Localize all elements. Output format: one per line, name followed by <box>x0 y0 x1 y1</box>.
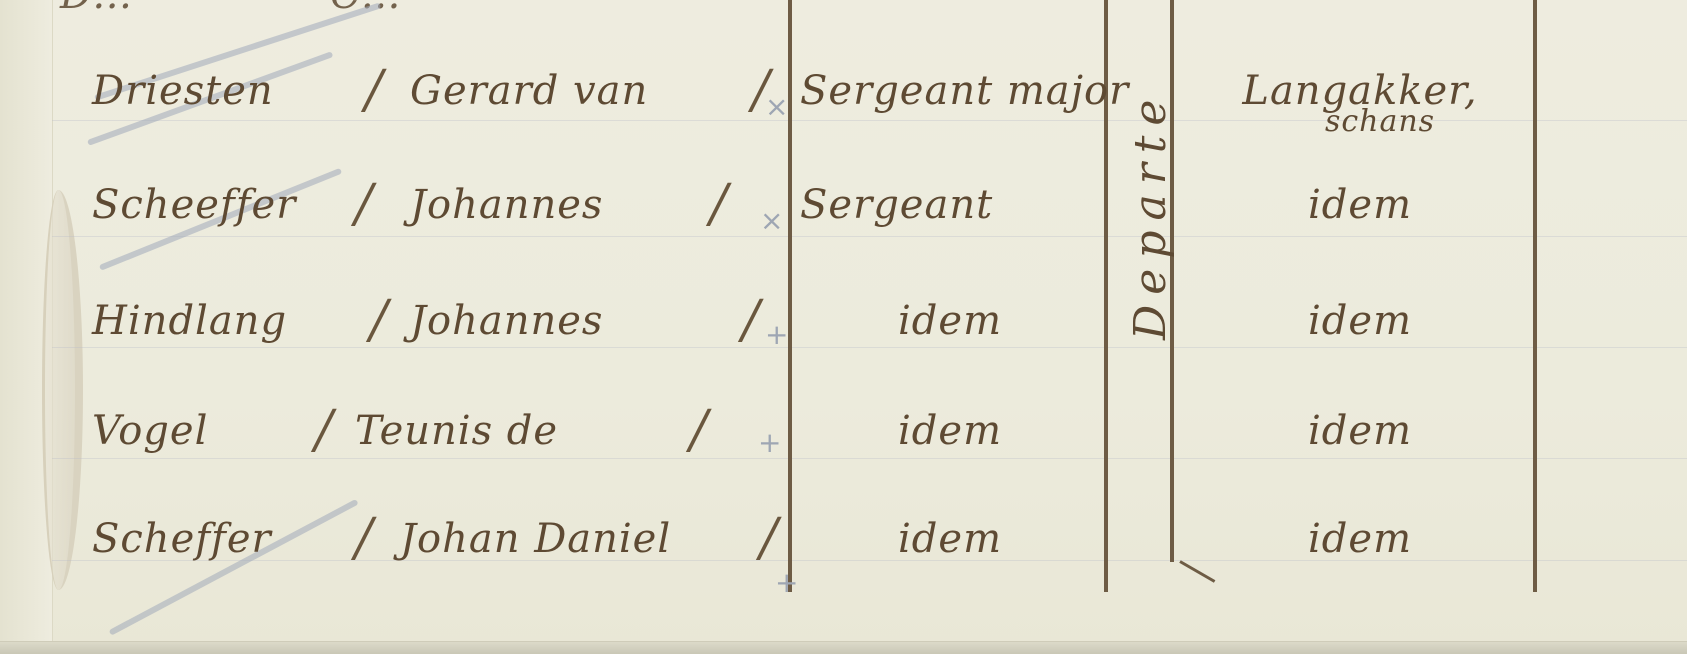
rank: idem <box>795 408 1105 454</box>
register-row: Scheeffer / Johannes / × Sergeant idem <box>0 182 1687 292</box>
surname: Hindlang <box>92 298 287 344</box>
location: idem <box>1180 298 1540 344</box>
register-entries: Driesten / Gerard van / × Sergeant major… <box>0 0 1687 654</box>
separator: / <box>355 174 373 234</box>
given-names: Gerard van <box>410 68 648 114</box>
location-main: idem <box>1308 408 1412 454</box>
surname: Driesten <box>92 68 274 114</box>
location: idem <box>1180 408 1540 454</box>
location-main: idem <box>1308 182 1412 228</box>
separator: / <box>710 174 728 234</box>
pencil-mark: + <box>775 566 798 599</box>
pencil-mark: × <box>760 204 783 237</box>
separator: / <box>760 508 778 568</box>
rank: Sergeant <box>800 182 993 228</box>
rank: idem <box>795 516 1105 562</box>
surname: Vogel <box>92 408 208 454</box>
surname: Scheffer <box>92 516 272 562</box>
location: Langakker, schans <box>1180 68 1540 139</box>
separator: / <box>355 508 373 568</box>
location-main: idem <box>1308 298 1412 344</box>
separator: / <box>742 290 760 350</box>
separator: / <box>690 400 708 460</box>
register-row: Scheffer / Johan Daniel / + idem idem <box>0 516 1687 626</box>
surname: Scheeffer <box>92 182 296 228</box>
given-names: Johannes <box>410 182 603 228</box>
location: idem <box>1180 516 1540 562</box>
pencil-mark: × <box>765 90 788 123</box>
pencil-mark: + <box>765 318 788 351</box>
register-row: Vogel / Teunis de / + idem idem <box>0 408 1687 518</box>
register-row: Hindlang / Johannes / + idem idem <box>0 298 1687 408</box>
document-page: Departe D… C… Driesten / Gerard van / × … <box>0 0 1687 654</box>
separator: / <box>370 290 388 350</box>
location-main: idem <box>1308 516 1412 562</box>
given-names: Johannes <box>410 298 603 344</box>
location: idem <box>1180 182 1540 228</box>
given-names: Teunis de <box>355 408 558 454</box>
pencil-mark: + <box>758 426 781 459</box>
register-row: Driesten / Gerard van / × Sergeant major… <box>0 68 1687 178</box>
rank: idem <box>795 298 1105 344</box>
separator: / <box>365 60 383 120</box>
rank: Sergeant major <box>800 68 1129 114</box>
separator: / <box>315 400 333 460</box>
given-names: Johan Daniel <box>400 516 671 562</box>
page-bottom-edge <box>0 641 1687 654</box>
